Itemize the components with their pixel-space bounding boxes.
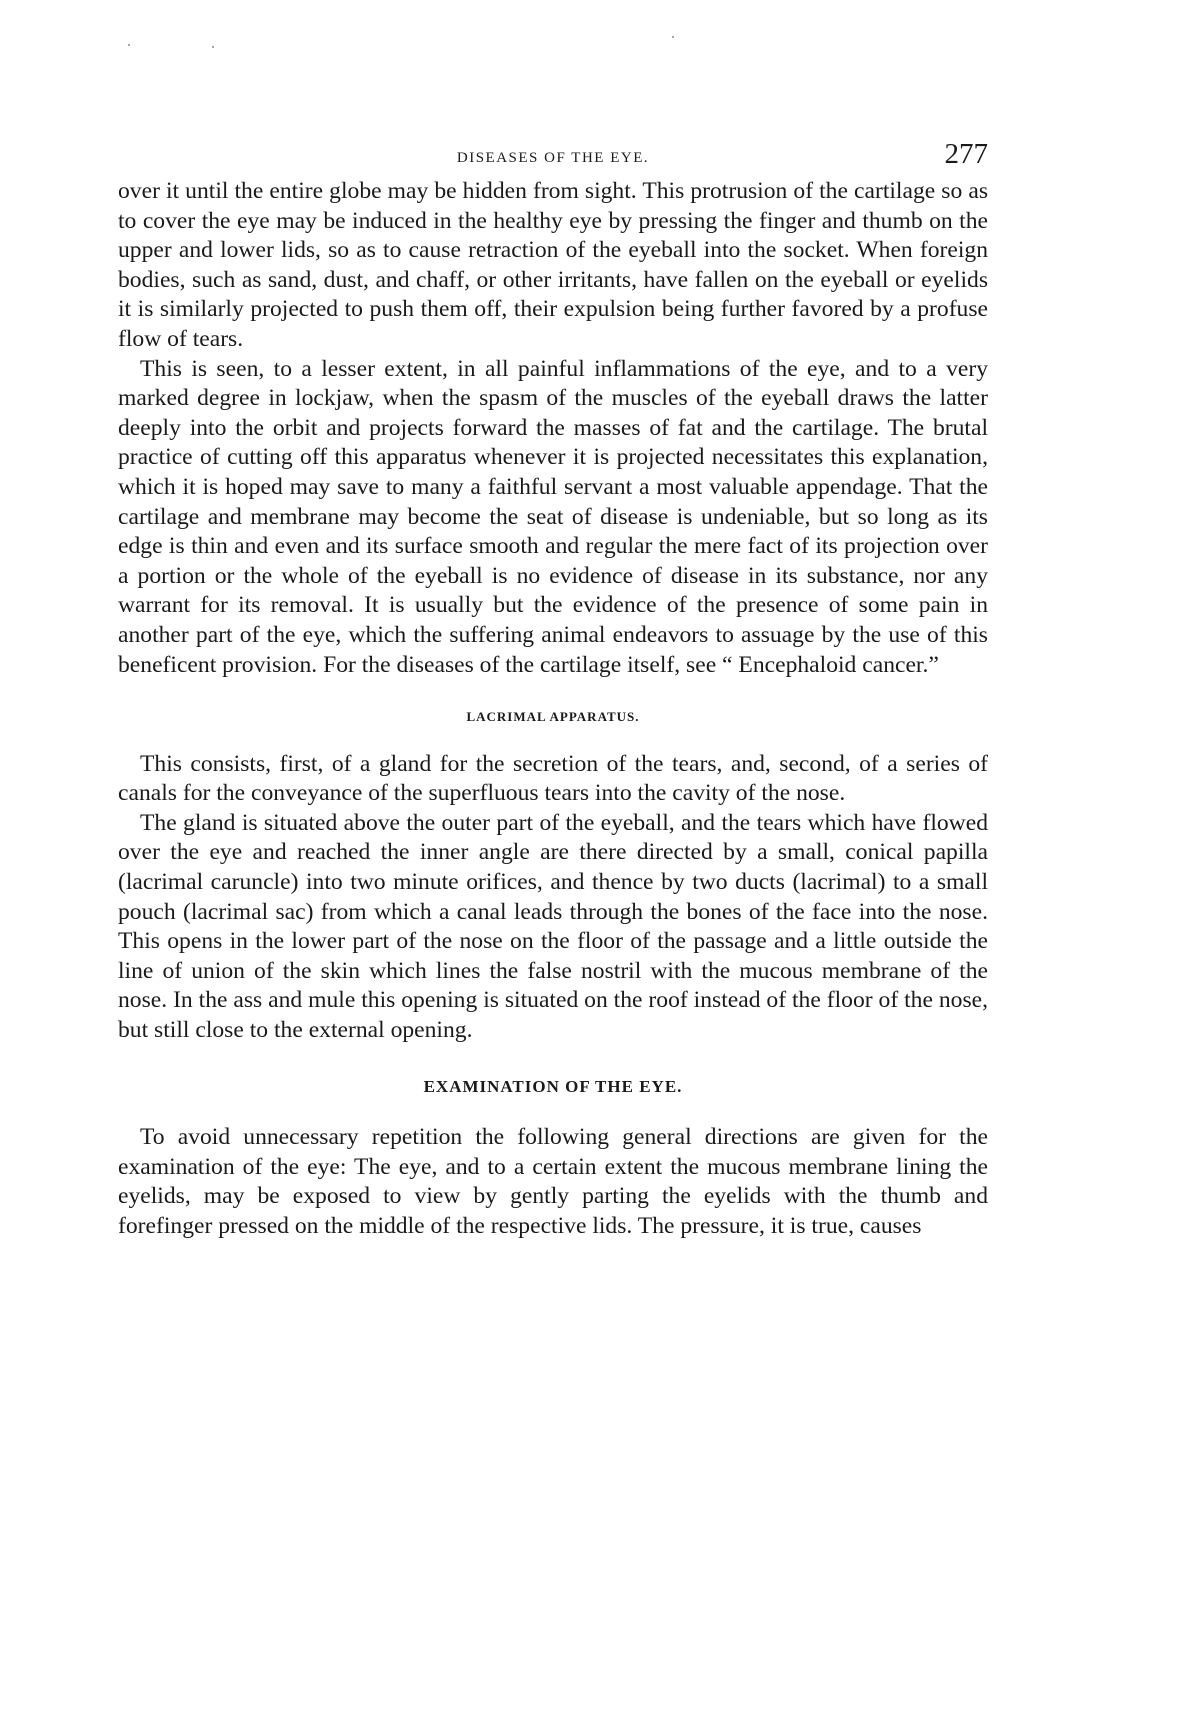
scan-speck xyxy=(128,44,130,46)
scan-speck xyxy=(212,46,214,48)
page-number: 277 xyxy=(945,138,989,171)
scan-speck xyxy=(672,36,674,38)
paragraph: This is seen, to a lesser extent, in all… xyxy=(118,355,988,681)
section-heading-lacrimal: LACRIMAL APPARATUS. xyxy=(118,702,988,732)
section-heading-examination: EXAMINATION OF THE EYE. xyxy=(118,1072,988,1102)
running-head: DISEASES OF THE EYE. 277 xyxy=(118,140,988,180)
paragraph: To avoid unnecessary repetition the foll… xyxy=(118,1123,988,1241)
running-title: DISEASES OF THE EYE. xyxy=(118,150,988,167)
book-page: DISEASES OF THE EYE. 277 over it until t… xyxy=(0,0,1200,1727)
paragraph: over it until the entire globe may be hi… xyxy=(118,177,988,355)
body-text: over it until the entire globe may be hi… xyxy=(118,177,988,1242)
paragraph: This consists, first, of a gland for the… xyxy=(118,750,988,809)
paragraph: The gland is situated above the outer pa… xyxy=(118,809,988,1046)
